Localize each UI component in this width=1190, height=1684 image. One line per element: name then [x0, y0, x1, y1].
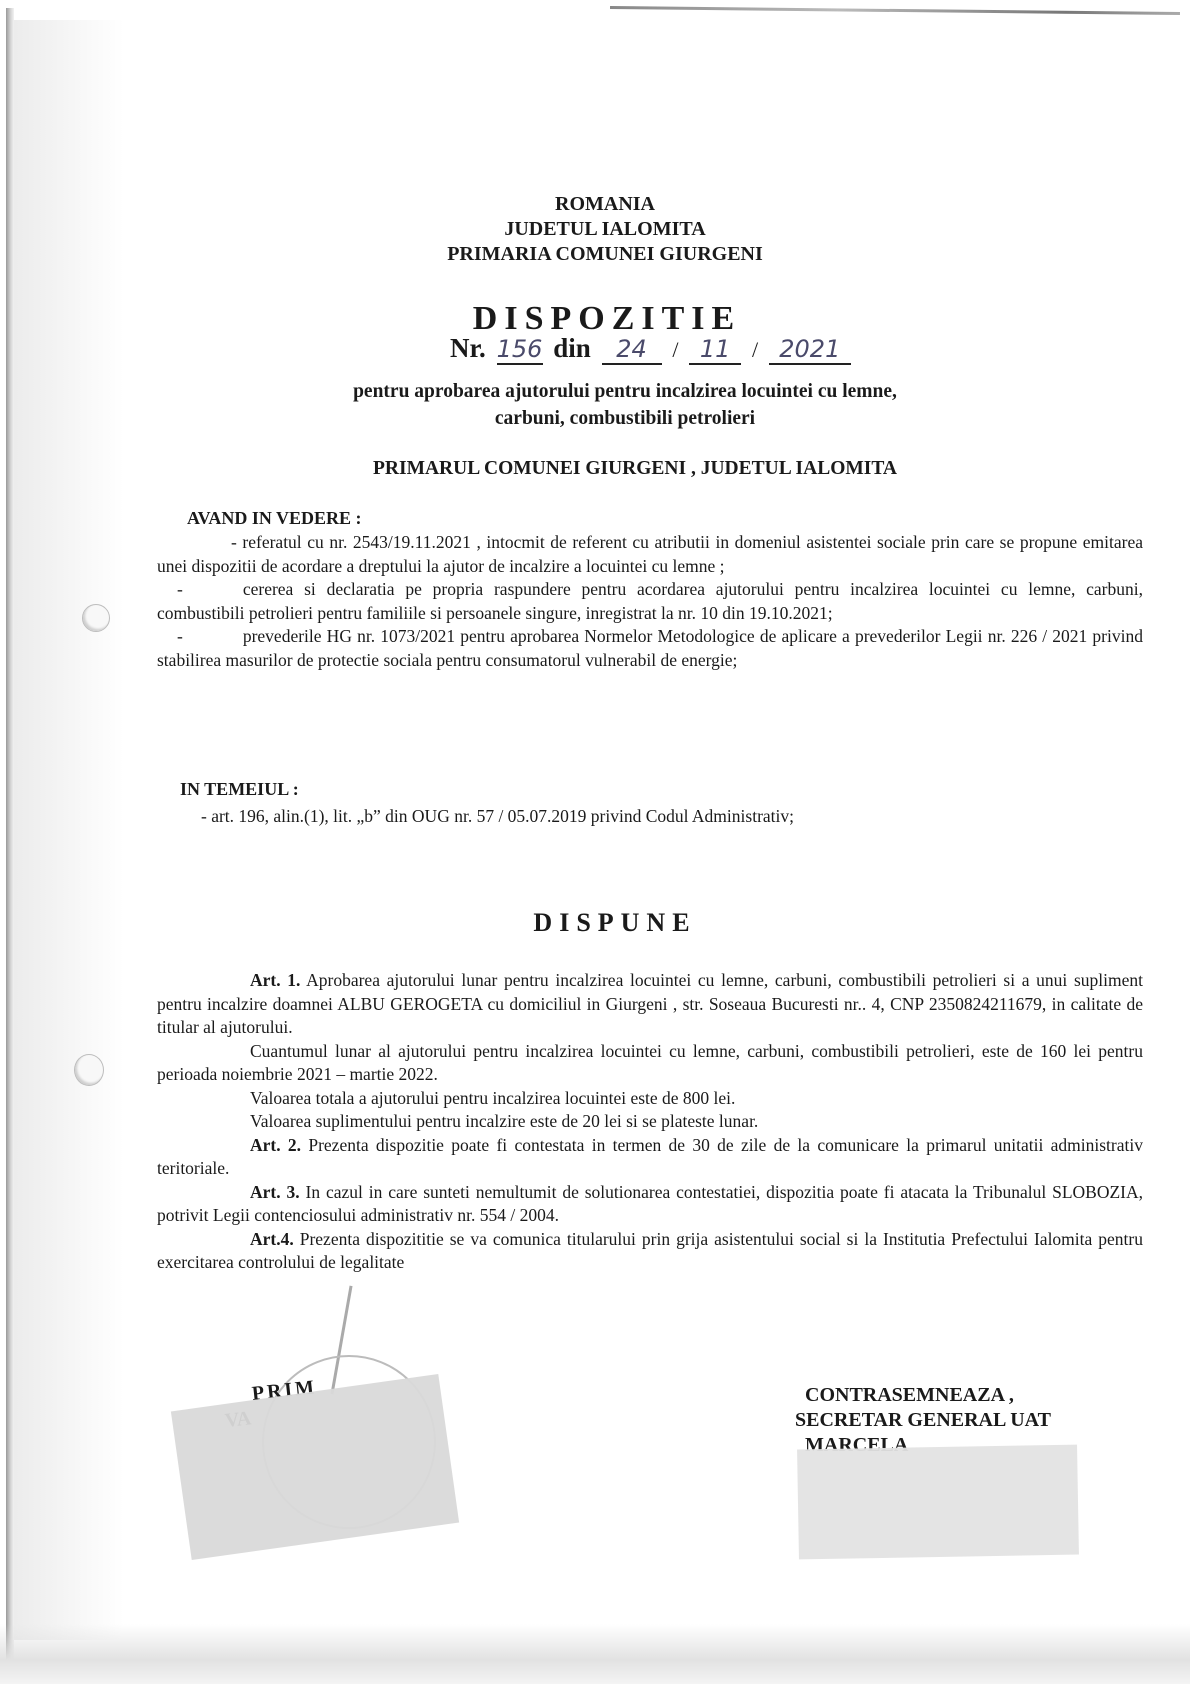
article-label: Art.4. [250, 1229, 294, 1249]
scan-top-edge-line [610, 6, 1180, 15]
date-separator: / [752, 337, 758, 362]
date-prefix: din [553, 333, 591, 363]
list-dash: - [177, 626, 183, 646]
article-1-amount: Cuantumul lunar al ajutorului pentru inc… [157, 1040, 1143, 1087]
redaction-block [171, 1374, 459, 1560]
decision-heading: DISPUNE [0, 908, 1190, 938]
articles: Art. 1. Aprobarea ajutorului lunar pentr… [157, 969, 1143, 1275]
considerations-heading: AVAND IN VEDERE : [187, 508, 362, 529]
date-month: 11 [689, 335, 741, 365]
list-dash: - [177, 579, 183, 599]
legal-basis-heading: IN TEMEIUL : [180, 779, 299, 800]
article-label: Art. 1. [250, 970, 300, 990]
considerations-list: - referatul cu nr. 2543/19.11.2021 , int… [157, 531, 1143, 672]
article-3: Art. 3. In cazul in care sunteti nemultu… [157, 1181, 1143, 1228]
header-office: PRIMARIA COMUNEI GIURGENI [0, 243, 1190, 266]
date-separator: / [672, 337, 678, 362]
article-label: Art. 2. [250, 1135, 301, 1155]
consideration-item: -cererea si declaratia pe propria raspun… [157, 578, 1143, 625]
article-1-total: Valoarea totala a ajutorului pentru inca… [157, 1087, 1143, 1111]
header-country: ROMANIA [0, 193, 1190, 216]
countersign-label: CONTRASEMNEAZA , [805, 1383, 1051, 1408]
article-text: Prezenta dispozititie se va comunica tit… [157, 1229, 1143, 1273]
article-text: In cazul in care sunteti nemultumit de s… [157, 1182, 1143, 1226]
issuer-line: PRIMARUL COMUNEI GIURGENI , JUDETUL IALO… [0, 458, 1190, 480]
article-text: Prezenta dispozitie poate fi contestata … [157, 1135, 1143, 1179]
document-number-line: Nr. 156 din 24 / 11 / 2021 [450, 333, 855, 365]
subject-line: carbuni, combustibili petrolieri [30, 405, 1190, 432]
scan-bottom-shadow [0, 1624, 1190, 1684]
legal-basis-list: - art. 196, alin.(1), lit. „b” din OUG n… [157, 805, 1143, 829]
date-year: 2021 [769, 335, 851, 365]
subject-line: pentru aprobarea ajutorului pentru incal… [30, 378, 1190, 405]
punch-hole-icon [74, 1054, 104, 1086]
article-4: Art.4. Prezenta dispozititie se va comun… [157, 1228, 1143, 1275]
consideration-text: cererea si declaratia pe propria raspund… [157, 579, 1143, 623]
article-label: Art. 3. [250, 1182, 300, 1202]
article-1: Art. 1. Aprobarea ajutorului lunar pentr… [157, 969, 1143, 1040]
legal-basis-item: - art. 196, alin.(1), lit. „b” din OUG n… [157, 805, 1143, 829]
consideration-item: - referatul cu nr. 2543/19.11.2021 , int… [157, 531, 1143, 578]
article-1-supplement: Valoarea suplimentului pentru incalzire … [157, 1110, 1143, 1134]
document-number: 156 [497, 335, 543, 365]
header-county: JUDETUL IALOMITA [0, 218, 1190, 241]
consideration-text: prevederile HG nr. 1073/2021 pentru apro… [157, 626, 1143, 670]
article-text: Aprobarea ajutorului lunar pentru incalz… [157, 970, 1143, 1037]
secretary-title: SECRETAR GENERAL UAT [795, 1408, 1051, 1433]
date-day: 24 [602, 335, 662, 365]
article-2: Art. 2. Prezenta dispozitie poate fi con… [157, 1134, 1143, 1181]
number-prefix: Nr. [450, 333, 486, 363]
consideration-item: -prevederile HG nr. 1073/2021 pentru apr… [157, 625, 1143, 672]
document-subject: pentru aprobarea ajutorului pentru incal… [0, 378, 1190, 432]
redaction-block [797, 1445, 1079, 1560]
punch-hole-icon [82, 604, 110, 632]
